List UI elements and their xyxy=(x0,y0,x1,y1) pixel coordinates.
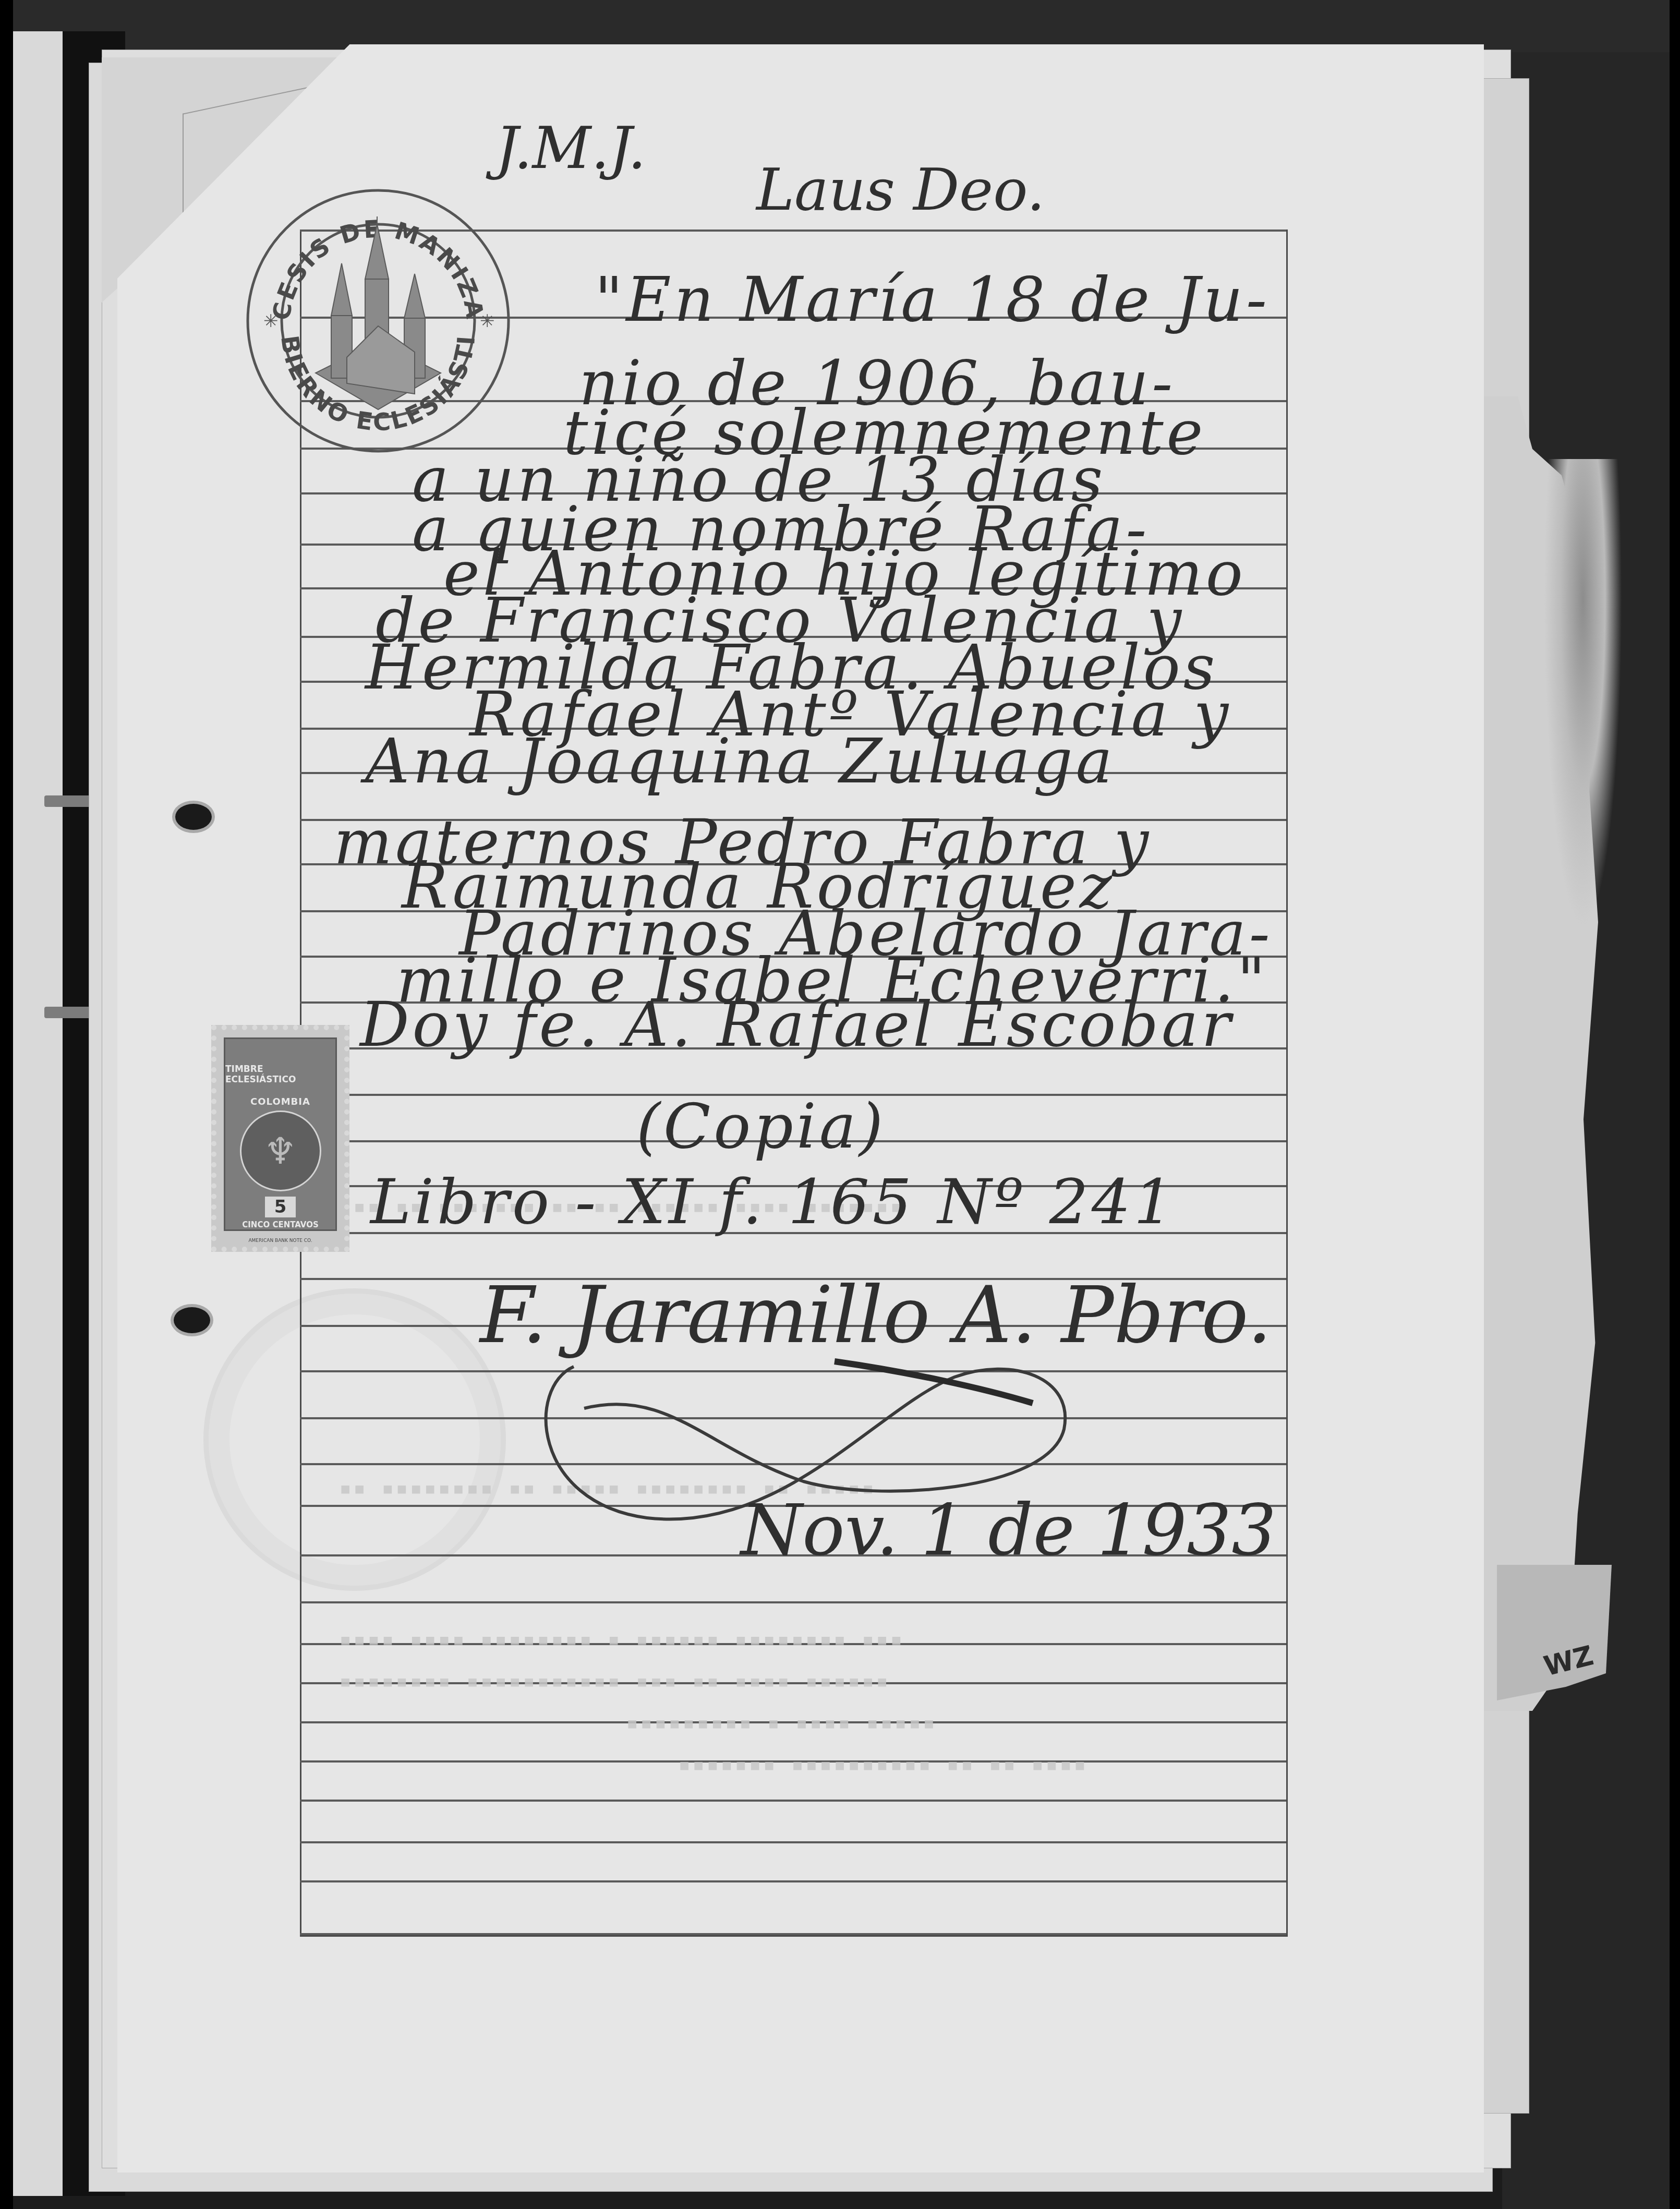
entry-number-label: Nº xyxy=(937,1166,1026,1238)
folio-number: 165 xyxy=(788,1166,915,1238)
hole-punch-bottom xyxy=(171,1304,213,1336)
scan-border-right xyxy=(1670,0,1680,2209)
water-stain xyxy=(1544,459,1622,928)
stamp-country: COLOMBIA xyxy=(250,1096,310,1107)
entry-line-1: "En María 18 de Ju- xyxy=(595,263,1270,335)
mitre-crozier-icon: ♆ xyxy=(240,1110,321,1191)
ruled-line xyxy=(300,1880,1286,1882)
book-label: Libro xyxy=(370,1166,552,1238)
revenue-stamp: TIMBRE ECLESIÁSTICO COLOMBIA ♆ 5 CINCO C… xyxy=(211,1025,349,1252)
folio-label: f. xyxy=(719,1166,765,1238)
bleed-through-text: ▪▪▪▪▪▪▪▪ ▪▪▪▪▪▪▪▪▪▪▪ ▪▪▪ ▪▪ ▪▪▪▪ ▪▪▪▪▪▪ xyxy=(339,1669,890,1693)
scan-border-left xyxy=(0,0,13,2209)
ruled-line xyxy=(300,1800,1286,1802)
svg-text:✳: ✳ xyxy=(480,311,495,332)
certification-date: Nov. 1 de 1933 xyxy=(741,1489,1276,1571)
entry-number: 241 xyxy=(1049,1166,1176,1238)
ruled-line xyxy=(300,1933,1286,1935)
entry-line-15: Doy fe. A. Rafael Escobar xyxy=(360,988,1234,1060)
bleed-through-text: ▪▪▪▪▪▪▪▪▪ ▪ ▪▪▪▪ ▪▪▪▪▪ xyxy=(626,1711,937,1735)
svg-text:✳: ✳ xyxy=(263,311,279,332)
stamp-title: TIMBRE ECLESIÁSTICO xyxy=(225,1064,335,1085)
hole-punch-top xyxy=(172,801,215,833)
copy-note: (Copia) xyxy=(636,1090,886,1162)
book-number: XI xyxy=(622,1166,696,1238)
stamp-printer: AMERICAN BANK NOTE CO. xyxy=(216,1238,344,1244)
entry-line-10: Ana Joaquina Zuluaga xyxy=(365,725,1116,797)
reference-line: Libro - XI f. 165 Nº 241 xyxy=(370,1166,1176,1238)
diocese-seal: DIÓCESIS DE MANIZALES GOBIERNO ECLESIÁST… xyxy=(243,185,514,456)
ruled-line xyxy=(300,1841,1286,1843)
bleed-through-text: ▪▪▪▪ ▪▪▪▪ ▪▪▪▪▪▪▪▪ ▪ ▪▪▪▪▪▪ ▪▪▪▪▪▪▪▪ ▪▪▪ xyxy=(339,1627,904,1651)
stamp-value: 5 xyxy=(265,1197,296,1217)
bleed-through-text: ▪▪▪▪▪▪▪ ▪▪▪▪▪▪▪▪▪▪ ▪▪ ▪▪ ▪▪▪▪ xyxy=(678,1753,1087,1777)
ruled-line xyxy=(300,1601,1286,1603)
stamp-body: TIMBRE ECLESIÁSTICO COLOMBIA ♆ 5 CINCO C… xyxy=(224,1037,337,1231)
stamp-value-words: CINCO CENTAVOS xyxy=(242,1221,319,1229)
laus-deo-heading: Laus Deo. xyxy=(756,156,1045,223)
monogram-jmj: J.M.J. xyxy=(495,115,646,182)
seal-graphic: DIÓCESIS DE MANIZALES GOBIERNO ECLESIÁST… xyxy=(243,185,514,456)
